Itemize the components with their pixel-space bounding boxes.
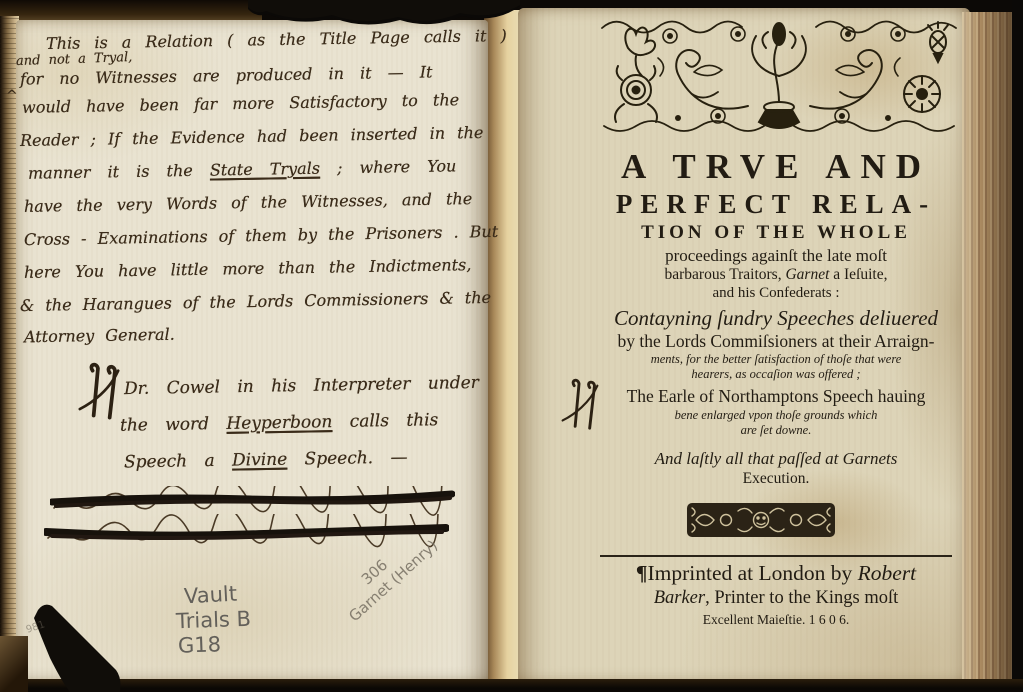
pencil-shelfmark-line-3: G18 xyxy=(178,632,222,657)
background-right xyxy=(1012,0,1023,692)
note-line-3-underlined: Divine xyxy=(232,450,287,471)
imprint-divider-rule xyxy=(600,555,952,557)
annotation-caret: ^ xyxy=(6,88,18,104)
grotesque-mask-ornament-icon xyxy=(686,499,836,546)
contents-line-9: Execution. xyxy=(578,470,974,488)
imprint-line-2: Barker, Printer to the Kings moſt xyxy=(578,588,974,609)
title-line-5-name: Garnet xyxy=(785,266,829,283)
handwritten-paragraph-mark xyxy=(76,360,122,429)
background-bottom xyxy=(0,679,1023,692)
imprint-line-2-post: , Printer to the Kings moſt xyxy=(705,588,898,608)
contents-line-4: hearers, as occaſion was offered ; xyxy=(578,367,974,382)
note-line-3-pre: Speech a xyxy=(124,451,232,473)
contents-line-1: Contayning ſundry Speeches deliuered xyxy=(578,306,974,331)
title-line-5: barbarous Traitors, Garnet a Ieſuite, xyxy=(578,266,974,284)
imprint-line-1: ¶Imprinted at London by Robert xyxy=(578,561,974,586)
imprint-line-2-name: Barker xyxy=(654,588,705,608)
imprint-line-3: Excellent Maieſtie. 1 6 0 6. xyxy=(578,612,974,628)
pilcrow-mark: ¶ xyxy=(636,561,648,585)
contents-line-8: And laſtly all that paſſed at Garnets xyxy=(578,449,974,469)
floral-woodcut-headpiece-icon xyxy=(598,14,960,145)
annotation-line-5-post: ; where You xyxy=(320,156,457,177)
note-line-2-pre: the word xyxy=(120,414,227,436)
contents-line-3: ments, for the better ſatisfaction of th… xyxy=(578,352,974,367)
pencil-shelfmark-line-2: Trials B xyxy=(176,607,252,634)
title-line-5-pre: barbarous Traitors, xyxy=(664,266,785,283)
title-line-2: PERFECT RELA- xyxy=(578,189,974,220)
contents-line-2: by the Lords Commiſsioners at their Arra… xyxy=(578,331,974,352)
contents-line-5: The Earle of Northamptons Speech hauing xyxy=(578,386,974,407)
annotation-line-10: Attorney General. xyxy=(24,325,175,347)
note-line-2-underlined: Heyperboon xyxy=(226,412,332,434)
left-page xyxy=(16,20,488,684)
title-line-3: TION OF THE WHOLE xyxy=(578,222,974,244)
note-line-2-post: calls this xyxy=(332,410,438,432)
contents-line-6: bene enlarged vpon thoſe grounds which xyxy=(578,408,974,423)
imprint-line-1-name: Robert xyxy=(858,561,917,585)
title-line-5-post: a Ieſuite, xyxy=(829,266,887,283)
annotation-line-5-pre: manner it is the xyxy=(28,161,210,183)
contents-line-7: are ſet downe. xyxy=(578,423,974,438)
title-line-1: A TRVE AND xyxy=(578,147,974,187)
annotation-line-5-underlined: State Tryals xyxy=(210,159,320,180)
imprint-line-1-pre: Imprinted at London by xyxy=(647,561,857,585)
title-line-4: proceedings againſt the late moſt xyxy=(578,246,974,266)
title-line-6: and his Confederats : xyxy=(578,285,974,302)
book-photo: This is a Relation ( as the Title Page c… xyxy=(0,0,1023,692)
pencil-shelfmark-line-1: Vault xyxy=(183,582,237,609)
black-ribbon-bookmark xyxy=(24,598,134,692)
note-line-3-post: Speech. — xyxy=(287,448,408,470)
